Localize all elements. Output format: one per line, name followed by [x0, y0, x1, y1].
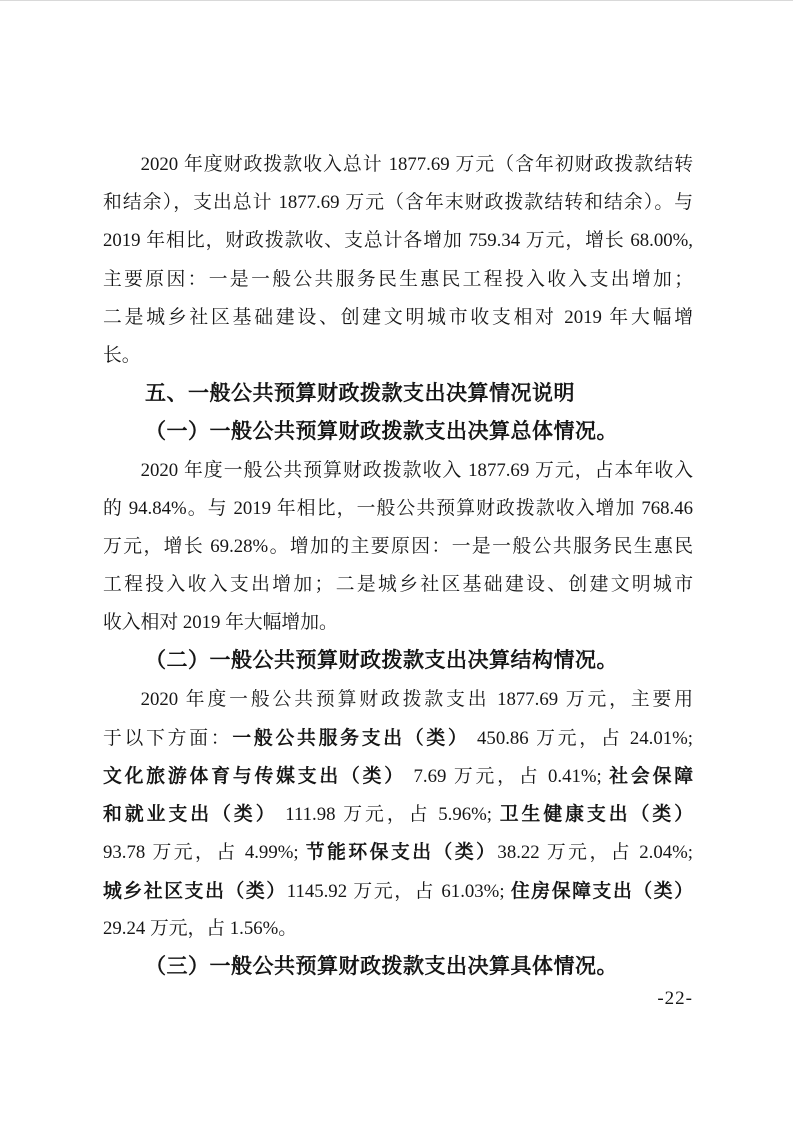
- section-heading: （一）一般公共预算财政拨款支出决算总体情况。: [103, 413, 693, 451]
- section-heading: （三）一般公共预算财政拨款支出决算具体情况。: [103, 948, 693, 986]
- bold-text-run: 城乡社区支出（类）: [103, 880, 287, 901]
- paragraph-line: 万元，增长 69.28%。增加的主要原因：一是一般公共服务民生惠民: [103, 528, 693, 566]
- text-run: 7.69 万元，占 0.41%;: [406, 766, 609, 787]
- paragraph-line: 长。: [103, 337, 693, 375]
- bold-text-run: 卫生健康支出（类）: [500, 803, 693, 824]
- text-run: 的 94.84%。与 2019 年相比，一般公共预算财政拨款收入增加 768.4…: [103, 498, 693, 519]
- paragraph-line: 2020 年度财政拨款收入总计 1877.69 万元（含年初财政拨款结转: [103, 146, 693, 184]
- bold-text-run: 住房保障支出（类）: [511, 880, 693, 901]
- text-run: 29.24 万元，占 1.56%。: [103, 918, 297, 939]
- text-run: 于以下方面：: [103, 728, 232, 749]
- text-run: 2020 年度财政拨款收入总计 1877.69 万元（含年初财政拨款结转: [141, 154, 693, 175]
- text-run: 和结余），支出总计 1877.69 万元（含年末财政拨款结转和结余）。与: [103, 192, 693, 213]
- paragraph-line: 2020 年度一般公共预算财政拨款收入 1877.69 万元，占本年收入: [103, 452, 693, 490]
- bold-text-run: 节能环保支出（类）: [306, 841, 498, 862]
- paragraph-line: 的 94.84%。与 2019 年相比，一般公共预算财政拨款收入增加 768.4…: [103, 490, 693, 528]
- paragraph-line: 收入相对 2019 年大幅增加。: [103, 604, 693, 642]
- section-heading: 五、一般公共预算财政拨款支出决算情况说明: [103, 375, 693, 413]
- bold-text-run: 文化旅游体育与传媒支出（类）: [103, 765, 406, 786]
- paragraph-line: 2020 年度一般公共预算财政拨款支出 1877.69 万元，主要用: [103, 681, 693, 719]
- text-run: 万元，增长 69.28%。增加的主要原因：一是一般公共服务民生惠民: [103, 536, 693, 557]
- paragraph-line: 和就业支出（类） 111.98 万元，占 5.96%; 卫生健康支出（类）: [103, 795, 693, 833]
- text-run: 450.86 万元，占 24.01%;: [470, 728, 693, 749]
- text-run: 2019 年相比，财政拨款收、支总计各增加 759.34 万元，增长 68.00…: [103, 230, 693, 251]
- bold-text-run: 社会保障: [609, 765, 693, 786]
- paragraph-line: 2019 年相比，财政拨款收、支总计各增加 759.34 万元，增长 68.00…: [103, 222, 693, 260]
- text-run: 收入相对 2019 年大幅增加。: [103, 612, 338, 633]
- text-run: 二是城乡社区基础建设、创建文明城市收支相对 2019 年大幅增: [103, 307, 693, 328]
- bold-text-run: 一般公共服务支出（类）: [232, 727, 469, 748]
- text-run: 2020 年度一般公共预算财政拨款收入 1877.69 万元，占本年收入: [141, 460, 693, 481]
- paragraph-line: 于以下方面：一般公共服务支出（类） 450.86 万元，占 24.01%;: [103, 719, 693, 757]
- paragraph-line: 和结余），支出总计 1877.69 万元（含年末财政拨款结转和结余）。与: [103, 184, 693, 222]
- paragraph-line: 29.24 万元，占 1.56%。: [103, 910, 693, 948]
- paragraph-line: 二是城乡社区基础建设、创建文明城市收支相对 2019 年大幅增: [103, 299, 693, 337]
- scan-edge-line: [0, 0, 793, 1]
- text-run: 长。: [103, 345, 141, 366]
- text-run: 111.98 万元，占 5.96%;: [278, 804, 500, 825]
- section-heading: （二）一般公共预算财政拨款支出决算结构情况。: [103, 642, 693, 680]
- paragraph-line: 主要原因：一是一般公共服务民生惠民工程投入收入支出增加；: [103, 261, 693, 299]
- text-run: 38.22 万元，占 2.04%;: [497, 842, 693, 863]
- paragraph-line: 城乡社区支出（类）1145.92 万元，占 61.03%; 住房保障支出（类）: [103, 872, 693, 910]
- text-run: 93.78 万元，占 4.99%;: [103, 842, 306, 863]
- text-run: 主要原因：一是一般公共服务民生惠民工程投入收入支出增加；: [103, 269, 693, 290]
- text-run: 2020 年度一般公共预算财政拨款支出 1877.69 万元，主要用: [141, 689, 693, 710]
- document-page: 2020 年度财政拨款收入总计 1877.69 万元（含年初财政拨款结转和结余）…: [0, 0, 793, 1122]
- paragraph-line: 文化旅游体育与传媒支出（类） 7.69 万元，占 0.41%; 社会保障: [103, 757, 693, 795]
- paragraph-line: 工程投入收入支出增加；二是城乡社区基础建设、创建文明城市: [103, 566, 693, 604]
- document-content: 2020 年度财政拨款收入总计 1877.69 万元（含年初财政拨款结转和结余）…: [103, 146, 693, 986]
- paragraph-line: 93.78 万元，占 4.99%; 节能环保支出（类）38.22 万元，占 2.…: [103, 833, 693, 871]
- bold-text-run: 和就业支出（类）: [103, 803, 278, 824]
- text-run: 工程投入收入支出增加；二是城乡社区基础建设、创建文明城市: [103, 574, 693, 595]
- text-run: 1145.92 万元，占 61.03%;: [287, 881, 511, 902]
- page-number: -22-: [657, 988, 693, 1010]
